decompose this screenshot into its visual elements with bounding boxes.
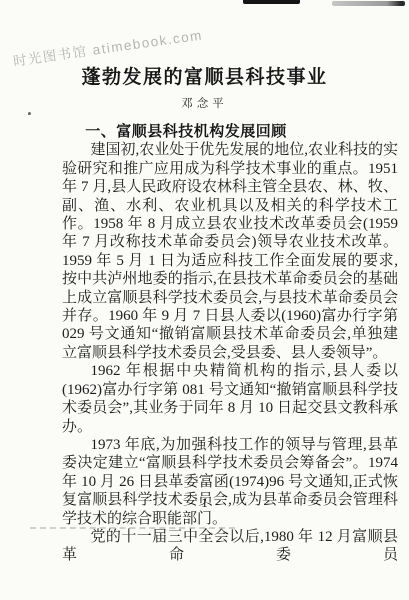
scan-artifact-dashed-line [30,527,235,529]
paragraph-continues-next-page: 党的十一届三中全会以后,1980 年 12 月富顺县革命委员 [62,528,398,565]
paragraph: 1962 年根据中央精简机构的指示,县人委以(1962)富办行字第 081 号文… [62,362,398,436]
author-name: 邓念平 [0,95,409,111]
scanned-book-page: 时光图书馆 atimebook.com 蓬勃发展的富顺县科技事业 邓念平 一、富… [0,0,409,600]
section-heading: 一、富顺县科技机构发展回顾 [62,123,398,141]
scan-speck-artifact [28,112,31,115]
page-number: 1 [0,495,409,511]
article-title: 蓬勃发展的富顺县科技事业 [0,62,409,89]
scan-artifact-top-black-bar [243,0,300,4]
paragraph: 1973 年底,为加强科技工作的领导与管理,县革委决定建立“富顺县科学技术委员会… [62,436,398,528]
paragraph: 建国初,农业处于优先发展的地位,农业科技的实验研究和推广应用成为科学技术事业的重… [62,141,398,362]
scan-artifact-top-gray-bar [332,1,405,6]
